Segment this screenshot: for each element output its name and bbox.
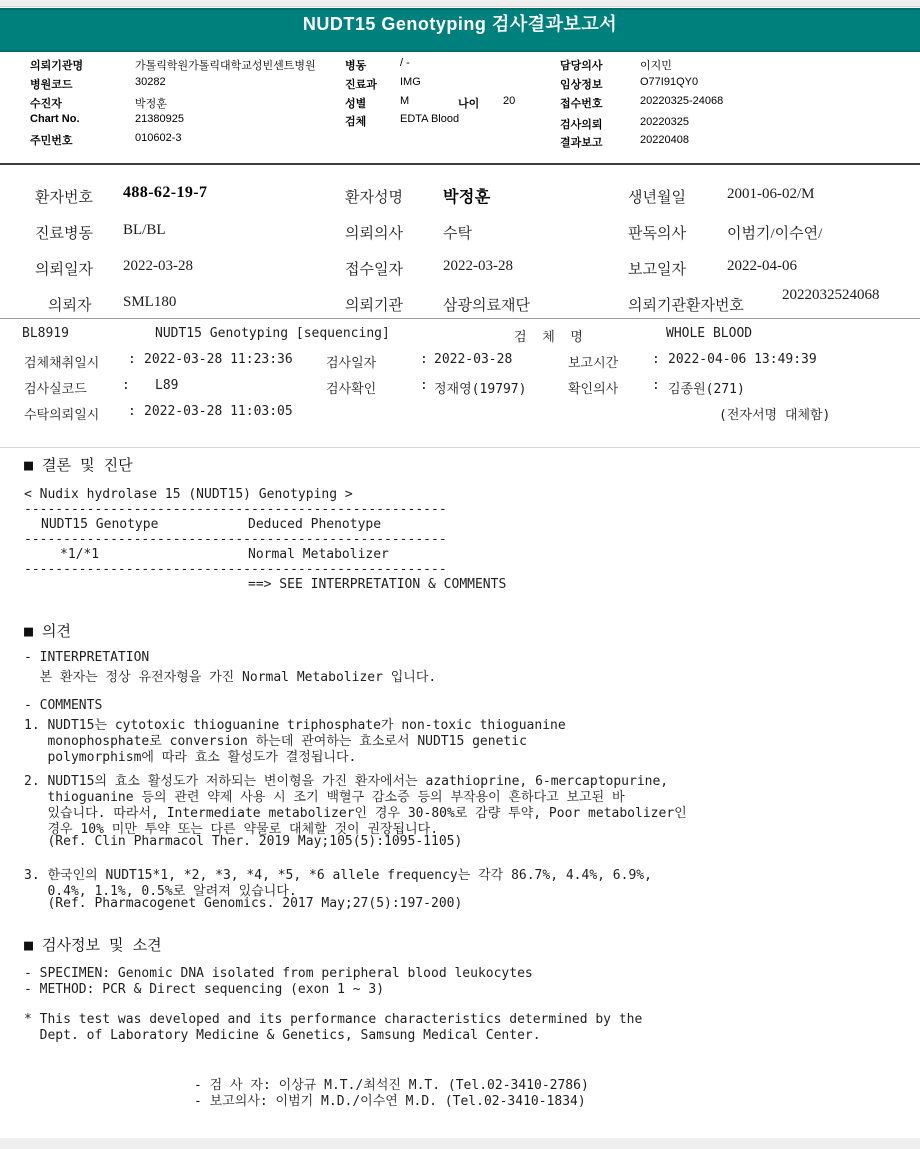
lbl-lab-code: 검사실코드 [24,378,87,397]
section-title-conclusion: ■ 결론 및 진단 [24,454,133,475]
lbl-patient-no: 환자번호 [35,186,93,207]
lbl-test-confirm: 검사확인 [326,378,376,397]
lbl-consign-datetime: 수탁의뢰일시 [24,404,99,423]
colon: : [652,378,660,393]
val-patient-name: 박정훈 [443,184,491,207]
val-report-time: 2022-04-06 13:49:39 [668,352,817,367]
val-accession-no: 20220325-24068 [640,95,723,107]
val-clinical-info: O77I91QY0 [640,76,698,88]
colon: : [420,352,428,367]
disclaimer-line: Dept. of Laboratory Medicine & Genetics,… [24,1028,541,1043]
val-ward: / - [400,57,410,69]
colon: : [128,404,136,419]
val-resident-no: 010602-3 [135,132,182,144]
lbl-attending-doctor: 담당의사 [560,57,603,73]
lbl-specimen-name: 검 체 명 [514,326,583,345]
val-request-org: 가톨릭학원가톨릭대학교성빈센트병원 [135,57,316,73]
comment-reference: (Ref. Clin Pharmacol Ther. 2019 May;105(… [24,834,462,849]
val-test-request-date: 20220325 [640,116,689,128]
disclaimer-line: * This test was developed and its perfor… [24,1012,642,1027]
val-request-doctor: 수탁 [443,222,472,243]
val-test-code: BL8919 [22,326,69,341]
lbl-chart-no: Chart No. [30,113,80,125]
lbl-result-report-date: 결과보고 [560,134,603,150]
result-test-title: < Nudix hydrolase 15 (NUDT15) Genotyping… [24,487,353,502]
val-hospital-code: 30282 [135,76,166,88]
report-page: NUDT15 Genotyping 검사결과보고서 의뢰기관명가톨릭학원가톨릭대… [0,0,920,1149]
val-test-confirm: 정재영(19797) [434,378,526,397]
section-divider-light [0,447,920,448]
val-reading-doctor: 이범기/이수연/ [727,222,822,243]
lbl-department: 진료과 [345,76,377,92]
val-receipt-date: 2022-03-28 [443,258,513,275]
lbl-request-date: 의뢰일자 [35,258,93,279]
colon: : [122,378,130,393]
val-phenotype: Normal Metabolizer [248,547,389,562]
section-divider-mid [0,318,920,319]
lbl-request-org2: 의뢰기관 [345,294,403,315]
val-attending-doctor: 이지민 [640,57,672,73]
lbl-accession-no: 접수번호 [560,95,603,111]
dash-rule: ----------------------------------------… [24,532,447,547]
val-birth-date: 2001-06-02/M [727,186,815,203]
col-header-phenotype: Deduced Phenotype [248,517,381,532]
val-lab-code: L89 [155,378,178,393]
lbl-org-patient-no: 의뢰기관환자번호 [628,294,744,315]
bottom-gray-strip [0,1138,920,1149]
lbl-receipt-date: 접수일자 [345,258,403,279]
lbl-test-date: 검사일자 [326,352,376,371]
val-test-name: NUDT15 Genotyping [sequencing] [155,326,390,341]
val-care-ward: BL/BL [123,222,166,239]
report-title: NUDT15 Genotyping 검사결과보고서 [303,14,617,34]
val-collection-datetime: 2022-03-28 11:23:36 [144,352,293,367]
colon: : [128,352,136,367]
interpretation-heading: - INTERPRETATION [24,650,149,665]
val-test-date: 2022-03-28 [434,352,512,367]
val-consign-datetime: 2022-03-28 11:03:05 [144,404,293,419]
val-specimen: EDTA Blood [400,113,459,125]
lbl-report-date: 보고일자 [628,258,686,279]
lbl-requester: 의뢰자 [48,294,91,315]
val-examinee: 박정훈 [135,95,167,111]
val-request-org2: 삼광의료재단 [443,294,530,315]
comment-line: polymorphism에 따라 효소 활성도가 결정됩니다. [24,746,356,765]
lbl-request-doctor: 의뢰의사 [345,222,403,243]
val-confirm-doctor: 김종원(271) [668,378,745,397]
note-electronic-signature: (전자서명 대체함) [719,404,830,423]
val-specimen-name: WHOLE BLOOD [666,326,752,341]
method-info-line: - METHOD: PCR & Direct sequencing (exon … [24,982,384,997]
val-report-date: 2022-04-06 [727,258,797,275]
lbl-age: 나이 [458,95,479,111]
val-genotype: *1/*1 [60,547,99,562]
val-patient-no: 488-62-19-7 [123,184,207,202]
lbl-test-request-date: 검사의뢰 [560,116,603,132]
lbl-collection-datetime: 검체채취일시 [24,352,99,371]
lbl-request-org: 의뢰기관명 [30,57,83,73]
lbl-care-ward: 진료병동 [35,222,93,243]
val-department: IMG [400,76,421,88]
lbl-examinee: 수진자 [30,95,62,111]
lbl-resident-no: 주민번호 [30,132,73,148]
lbl-patient-name: 환자성명 [345,186,403,207]
comment-reference: (Ref. Pharmacogenet Genomics. 2017 May;2… [24,896,462,911]
specimen-info-line: - SPECIMEN: Genomic DNA isolated from pe… [24,966,533,981]
dash-rule: ----------------------------------------… [24,562,447,577]
val-org-patient-no: 2022032524068 [782,287,894,303]
val-chart-no: 21380925 [135,113,184,125]
see-comments-note: ==> SEE INTERPRETATION & COMMENTS [248,577,506,592]
lbl-confirm-doctor: 확인의사 [568,378,618,397]
section-divider-dark [0,163,920,165]
lbl-specimen: 검체 [345,113,366,129]
col-header-genotype: NUDT15 Genotype [41,517,158,532]
lbl-ward: 병동 [345,57,366,73]
section-title-testinfo: ■ 검사정보 및 소견 [24,934,162,955]
section-title-opinion: ■ 의견 [24,620,71,641]
interpretation-text: 본 환자는 정상 유전자형을 가진 Normal Metabolizer 입니다… [24,666,436,685]
lbl-birth-date: 생년월일 [628,186,686,207]
dash-rule: ----------------------------------------… [24,502,447,517]
lbl-hospital-code: 병원코드 [30,76,73,92]
val-requester: SML180 [123,294,176,311]
val-age: 20 [503,95,515,107]
val-result-report-date: 20220408 [640,134,689,146]
lbl-report-time: 보고시간 [568,352,618,371]
top-gray-strip [0,0,920,7]
report-title-bar: NUDT15 Genotyping 검사결과보고서 [0,8,920,52]
colon: : [652,352,660,367]
lbl-sex: 성별 [345,95,366,111]
comments-heading: - COMMENTS [24,698,102,713]
lbl-clinical-info: 임상정보 [560,76,603,92]
val-sex: M [400,95,409,107]
reporting-doctor-line: - 보고의사: 이범기 M.D./이수연 M.D. (Tel.02-3410-1… [194,1090,586,1109]
colon: : [420,378,428,393]
val-request-date: 2022-03-28 [123,258,193,275]
lbl-reading-doctor: 판독의사 [628,222,686,243]
